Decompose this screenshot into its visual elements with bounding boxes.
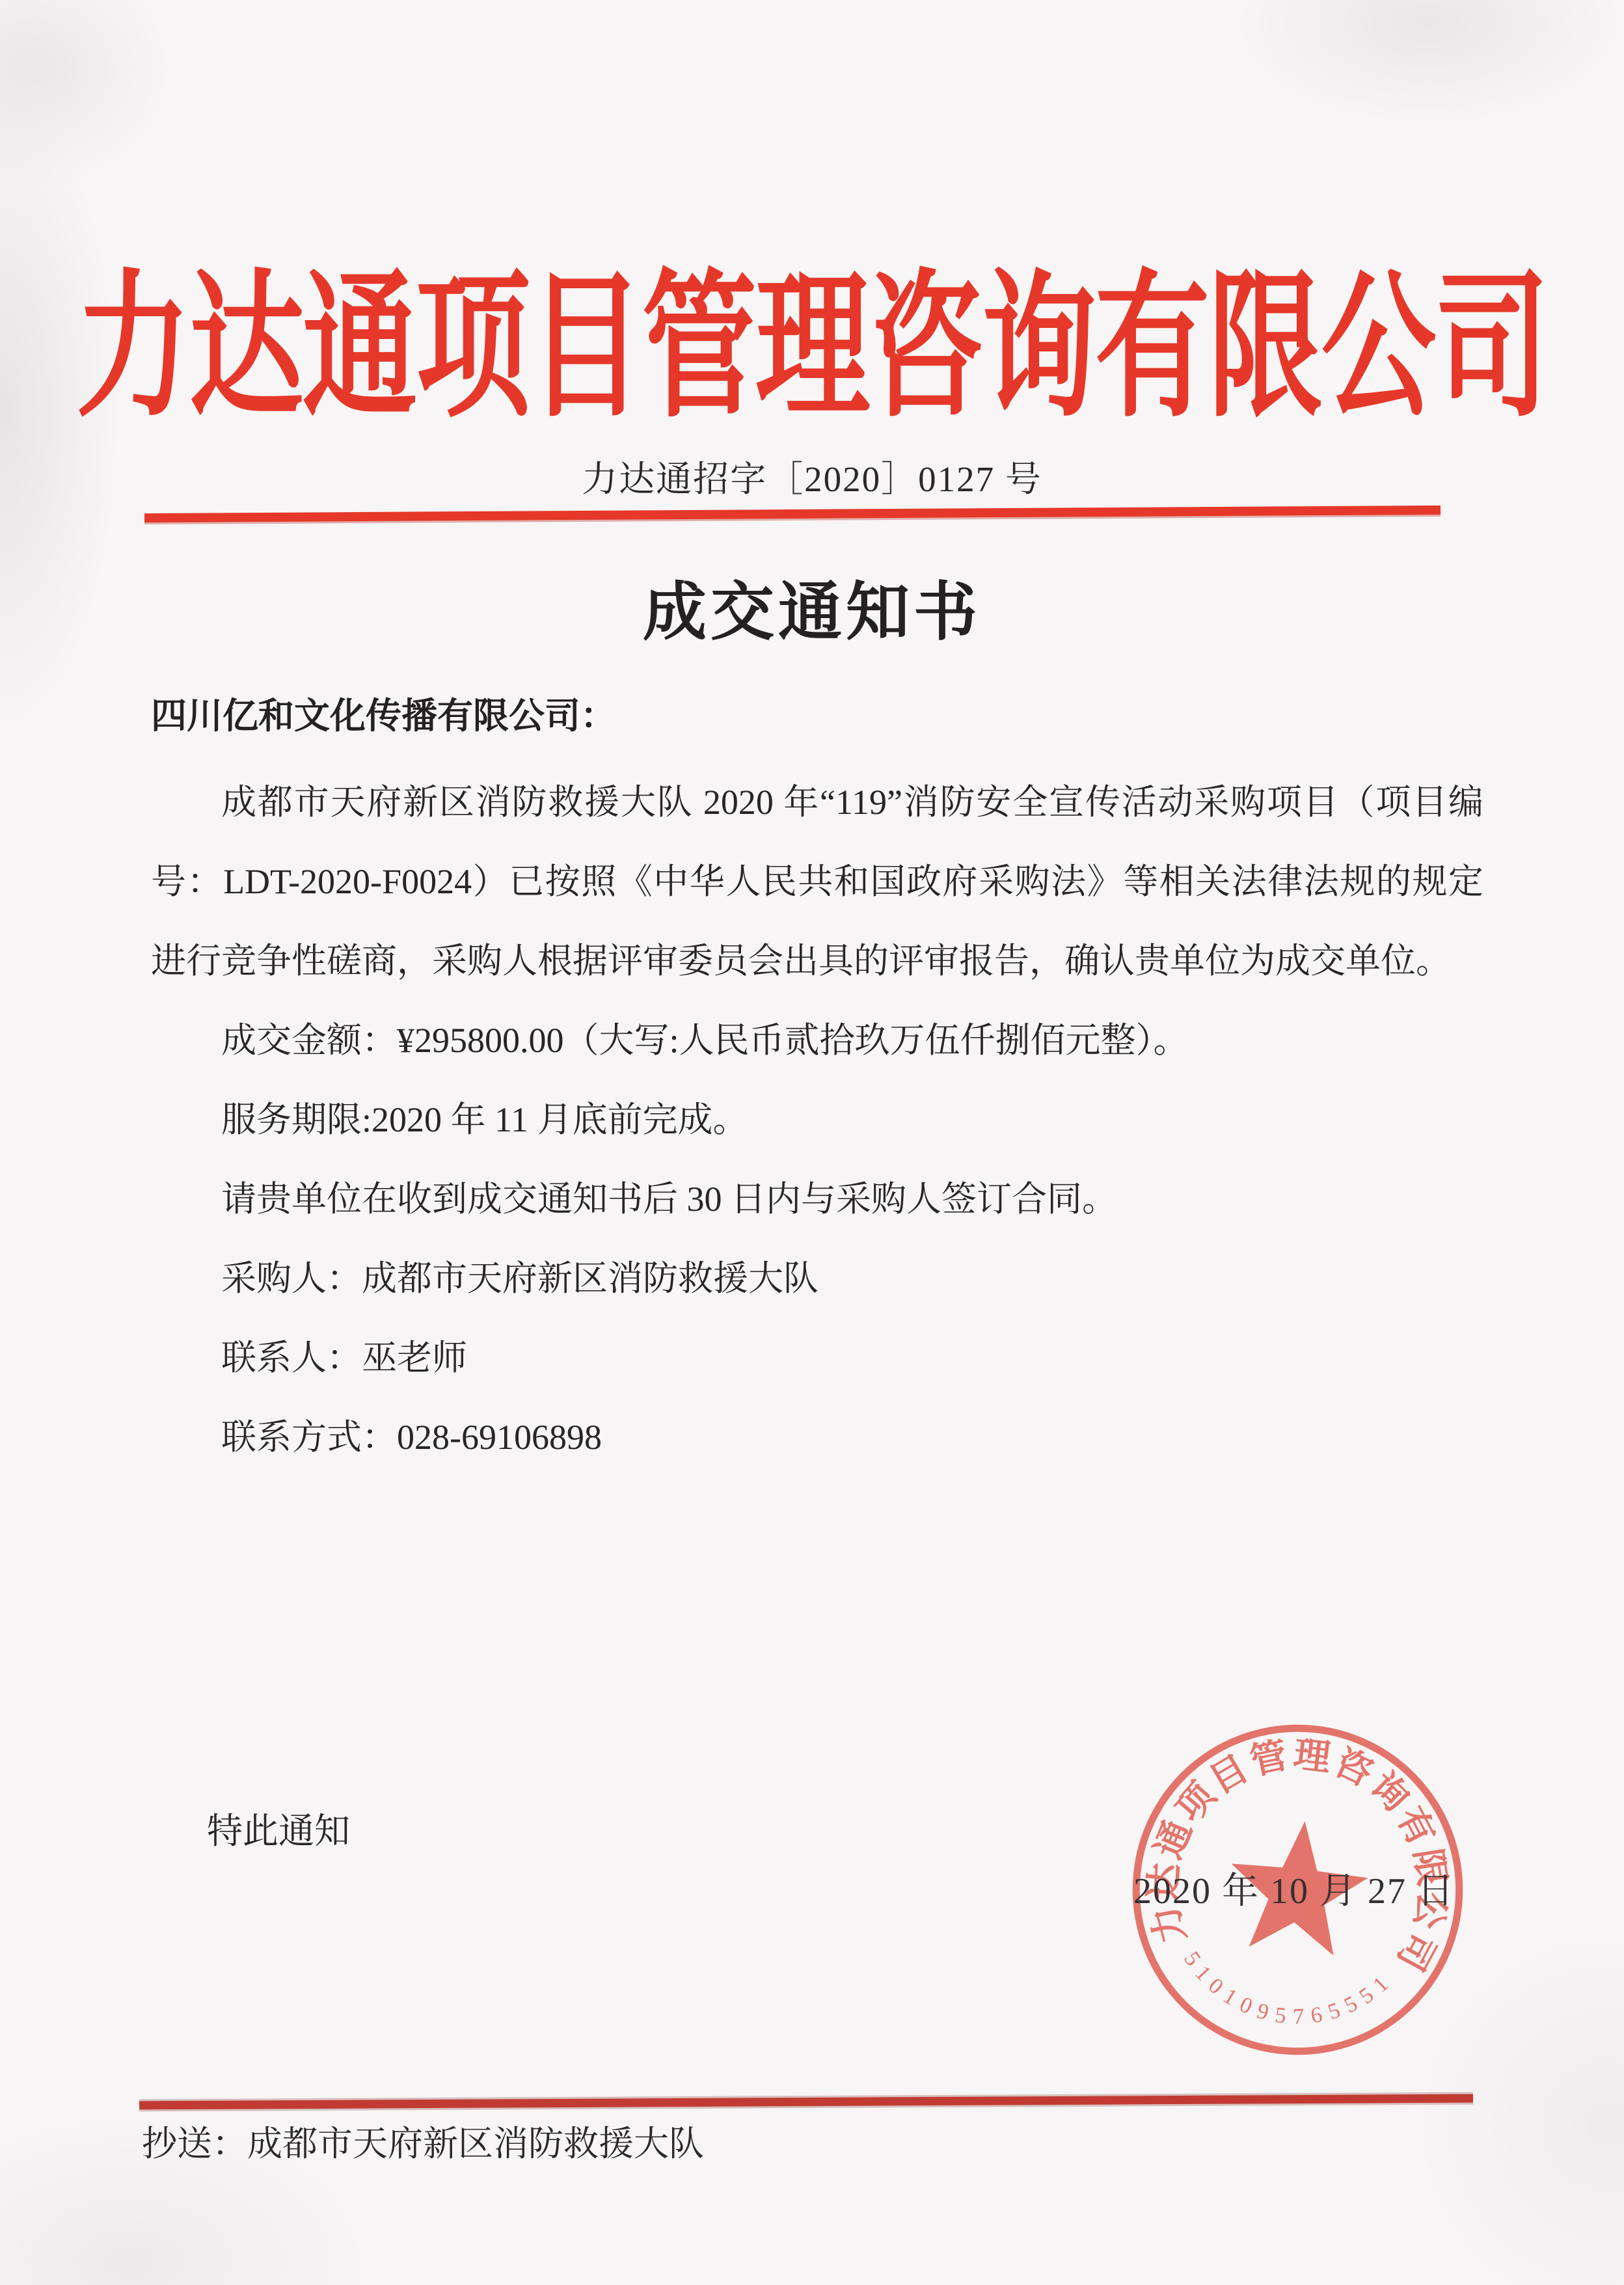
document-reference-number: 力达通招字［2020］0127 号 xyxy=(0,450,1624,502)
document-body: 成都市天府新区消防救援大队 2020 年“119”消防安全宣传活动采购项目（项目… xyxy=(151,763,1483,1477)
document-page: 力达通项目管理咨询有限公司 力达通招字［2020］0127 号 成交通知书 四川… xyxy=(0,0,1624,2285)
paragraph-contract-deadline: 请贵单位在收到成交通知书后 30 日内与采购人签订合同。 xyxy=(151,1159,1483,1239)
closing-note: 特此通知 xyxy=(207,1802,350,1854)
letterhead-company-title: 力达通项目管理咨询有限公司 xyxy=(0,220,1624,447)
paragraph-contact-person: 联系人：巫老师 xyxy=(151,1318,1483,1398)
paragraph-contact-phone: 联系方式：028-69106898 xyxy=(151,1398,1483,1477)
recipient-name: 四川亿和文化传播有限公司： xyxy=(151,687,616,738)
red-divider-bottom xyxy=(139,2094,1473,2110)
issue-date: 2020 年 10 月 27 日 xyxy=(1133,1862,1455,1914)
cc-recipient-line: 抄送：成都市天府新区消防救援大队 xyxy=(142,2116,704,2166)
paragraph-award-intro: 成都市天府新区消防救援大队 2020 年“119”消防安全宣传活动采购项目（项目… xyxy=(151,763,1483,1001)
paragraph-purchaser: 采购人：成都市天府新区消防救援大队 xyxy=(151,1239,1483,1318)
red-divider-top xyxy=(144,506,1441,522)
paragraph-service-term: 服务期限:2020 年 11 月底前完成。 xyxy=(151,1080,1483,1159)
document-title: 成交通知书 xyxy=(0,561,1624,653)
paragraph-award-amount: 成交金额：¥295800.00（大写:人民币贰拾玖万伍仟捌佰元整）。 xyxy=(151,1001,1483,1080)
